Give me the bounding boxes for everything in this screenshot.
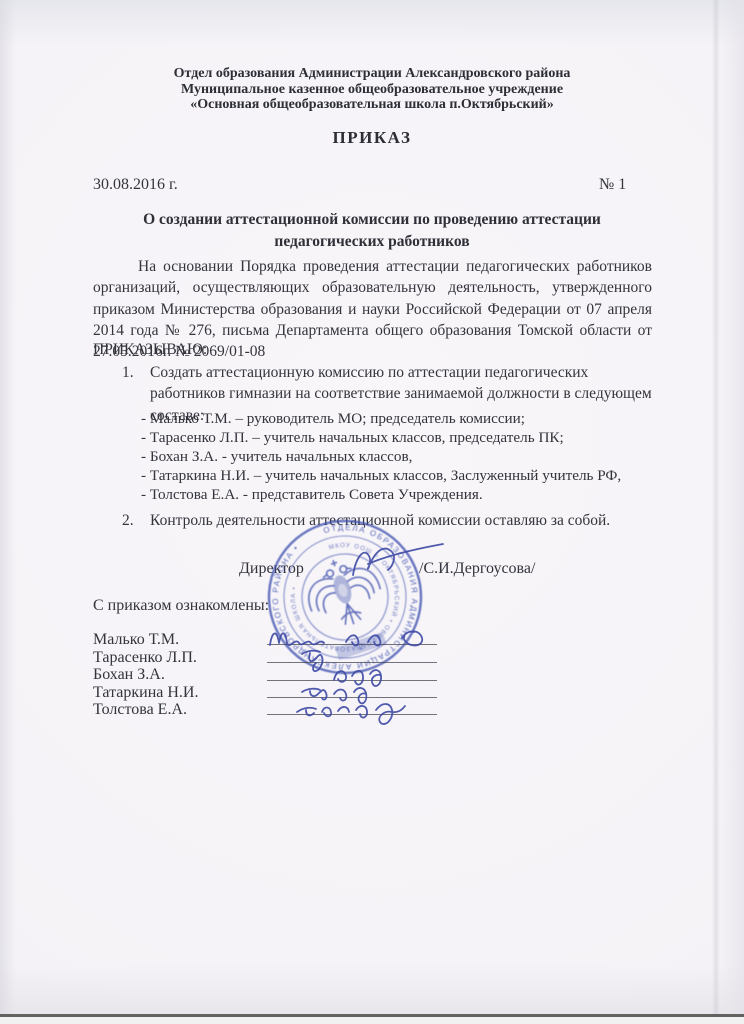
signature-tolstova: [297, 704, 405, 724]
letterhead-line: Отдел образования Администрации Александ…: [0, 66, 744, 82]
acquainted-label: С приказом ознакомлены:: [93, 597, 269, 615]
document-type-heading: ПРИКАЗ: [0, 128, 744, 148]
document-title: О создании аттестационной комиссии по пр…: [0, 209, 744, 252]
document-title-line: О создании аттестационной комиссии по пр…: [0, 209, 744, 231]
letterhead-line: Муниципальное казенное общеобразовательн…: [0, 82, 744, 98]
scanned-order-document: Отдел образования Администрации Александ…: [0, 0, 744, 1024]
document-date: 30.08.2016 г.: [93, 176, 178, 194]
signature-tatarkina: [302, 688, 366, 703]
signature-bokhan: [334, 670, 381, 686]
signatory-names: Малько Т.М. Тарасенко Л.П. Бохан З.А. Та…: [93, 631, 198, 719]
commission-member: - Толстова Е.А. - представитель Совета У…: [141, 485, 621, 504]
letterhead: Отдел образования Администрации Александ…: [0, 66, 744, 113]
signatory-name: Тарасенко Л.П.: [93, 649, 198, 667]
document-title-line: педагогических работников: [0, 231, 744, 253]
scan-bottom-strip: [0, 1017, 744, 1024]
signatory-name: Толстова Е.А.: [93, 701, 198, 719]
order-item-number: 1.: [122, 362, 134, 383]
scan-crease: [712, 0, 720, 1024]
commission-member: - Бохан З.А. - учитель начальных классов…: [141, 447, 621, 466]
resolve-word: ПРИКАЗЫВАЮ:: [93, 341, 207, 359]
signature-tarasenko: [302, 651, 323, 671]
commission-members-list: - Малько Т.М. – руководитель МО; председ…: [141, 409, 621, 504]
commission-member: - Тарасенко Л.П. – учитель начальных кла…: [141, 428, 621, 447]
commission-member: - Малько Т.М. – руководитель МО; председ…: [141, 409, 621, 428]
document-number: № 1: [599, 176, 626, 194]
commission-member: - Татаркина Н.И. – учитель начальных кла…: [141, 466, 621, 485]
signatory-name: Бохан З.А.: [93, 666, 198, 684]
order-item-number: 2.: [122, 510, 134, 531]
signature-malko: [270, 631, 422, 645]
signatory-name: Малько Т.М.: [93, 631, 198, 649]
director-signature: [353, 544, 443, 575]
signatory-name: Татаркина Н.И.: [93, 684, 198, 702]
handwritten-signatures: [250, 530, 480, 730]
letterhead-line: «Основная общеобразовательная школа п.Ок…: [0, 97, 744, 113]
